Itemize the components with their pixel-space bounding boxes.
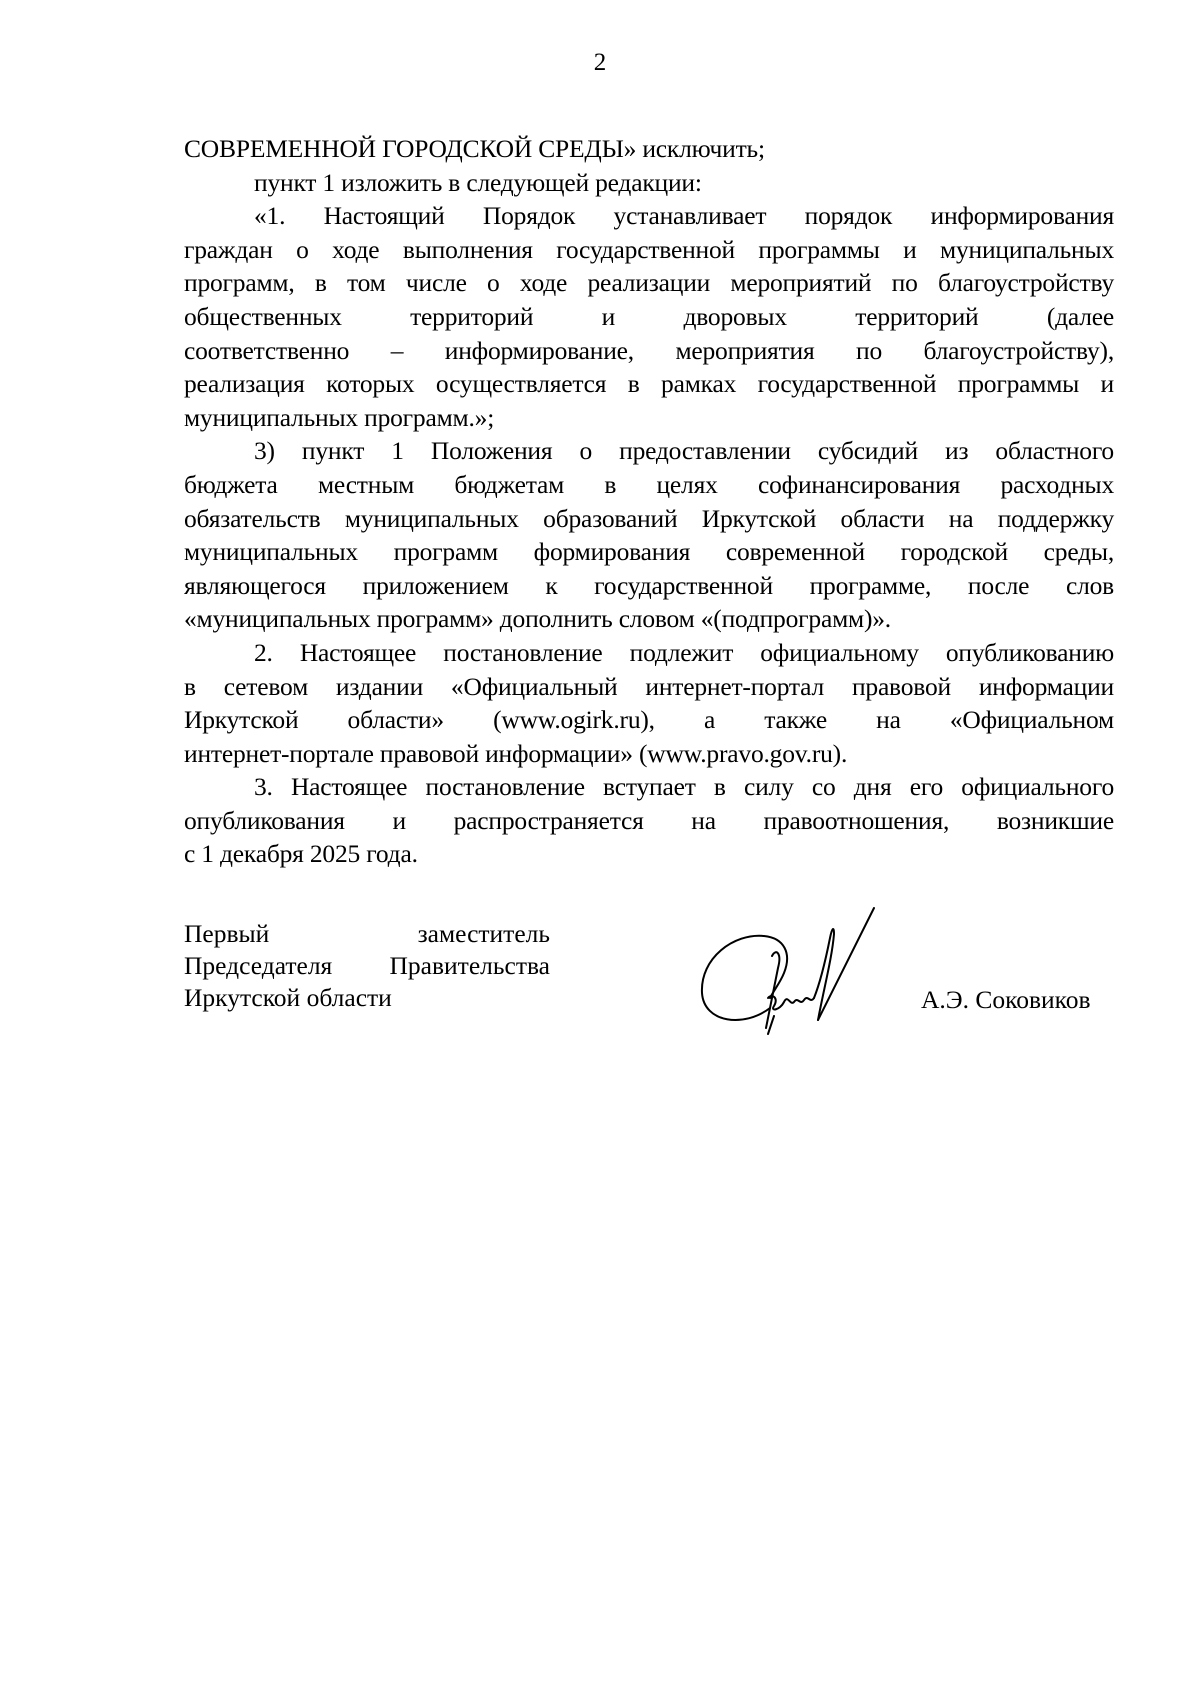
text-line: граждан о ходе выполнения государственно…	[184, 233, 1114, 267]
text-line: 3. Настоящее постановление вступает в си…	[184, 770, 1114, 804]
paragraph-0: СОВРЕМЕННОЙ ГОРОДСКОЙ СРЕДЫ» исключить;	[184, 132, 1114, 166]
text-line: 3) пункт 1 Положения о предоставлении су…	[184, 434, 1114, 468]
text-line: СОВРЕМЕННОЙ ГОРОДСКОЙ СРЕДЫ» исключить;	[184, 132, 1114, 166]
text-line: пункт 1 изложить в следующей редакции:	[184, 166, 1114, 200]
text-line: «муниципальных программ» дополнить слово…	[184, 602, 1114, 636]
paragraph-2: «1. Настоящий Порядок устанавливает поря…	[184, 199, 1114, 434]
text-line: Иркутской области» (www.ogirk.ru), а так…	[184, 703, 1114, 737]
signature-icon	[684, 898, 904, 1068]
signature-block: Первый заместитель Председателя Правител…	[184, 918, 1114, 1068]
text-line: муниципальных программ.»;	[184, 401, 1114, 435]
text-line: интернет-портале правовой информации» (w…	[184, 737, 1114, 771]
text-line: обязательств муниципальных образований И…	[184, 502, 1114, 536]
paragraph-5: 3. Настоящее постановление вступает в си…	[184, 770, 1114, 871]
text-line: являющегося приложением к государственно…	[184, 569, 1114, 603]
text-line: «1. Настоящий Порядок устанавливает поря…	[184, 199, 1114, 233]
text-line: бюджета местным бюджетам в целях софинан…	[184, 468, 1114, 502]
text-line: с 1 декабря 2025 года.	[184, 837, 1114, 871]
signatory-title: Первый заместитель Председателя Правител…	[184, 918, 550, 1014]
text-line: 2. Настоящее постановление подлежит офиц…	[184, 636, 1114, 670]
text-line: соответственно – информирование, меропри…	[184, 334, 1114, 368]
signatory-title-line: Первый заместитель	[184, 918, 550, 950]
document-body: СОВРЕМЕННОЙ ГОРОДСКОЙ СРЕДЫ» исключить; …	[184, 132, 1114, 871]
signatory-title-line: Иркутской области	[184, 982, 550, 1014]
text-line: программ, в том числе о ходе реализации …	[184, 266, 1114, 300]
paragraph-3: 3) пункт 1 Положения о предоставлении су…	[184, 434, 1114, 636]
text-line: опубликования и распространяется на прав…	[184, 804, 1114, 838]
signatory-title-line: Председателя Правительства	[184, 950, 550, 982]
text-line: муниципальных программ формирования совр…	[184, 535, 1114, 569]
page-number: 2	[0, 48, 1200, 78]
text-line: общественных территорий и дворовых терри…	[184, 300, 1114, 334]
paragraph-1: пункт 1 изложить в следующей редакции:	[184, 166, 1114, 200]
signatory-name: А.Э. Соковиков	[921, 984, 1091, 1016]
paragraph-4: 2. Настоящее постановление подлежит офиц…	[184, 636, 1114, 770]
text-line: реализация которых осуществляется в рамк…	[184, 367, 1114, 401]
text-line: в сетевом издании «Официальный интернет-…	[184, 670, 1114, 704]
